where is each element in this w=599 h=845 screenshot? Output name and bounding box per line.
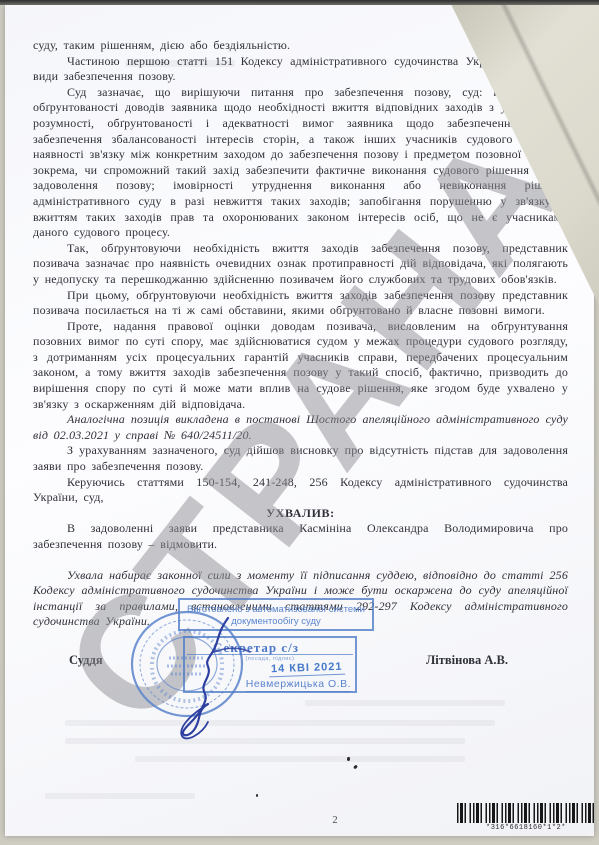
paragraph: Так, обґрунтовуючи необхідність вжиття з…: [33, 241, 568, 288]
document-page: суду, таким рішенням, дією або бездіяльн…: [5, 5, 594, 836]
ink-speck: [256, 794, 258, 797]
judge-name: Літвінова А.В.: [426, 653, 508, 668]
ruling-heading: УХВАЛИВ:: [33, 506, 568, 522]
ghost-mark: [65, 720, 495, 726]
ghost-mark: [305, 700, 505, 706]
ink-speck: [353, 765, 358, 770]
paragraph: Керуючись статтями 150-154, 241-248, 256…: [33, 475, 568, 506]
ghost-mark: [135, 756, 465, 762]
paragraph: Суд зазначає, що вирішуючи питання про з…: [33, 85, 568, 241]
paragraph: В задоволенні заяви представника Касміні…: [33, 521, 568, 552]
paragraph: Аналогічна позиція викладена в постанові…: [33, 412, 568, 443]
paragraph: Проте, надання правової оцінки доводам п…: [33, 319, 568, 413]
document-body: суду, таким рішенням, дією або бездіяльн…: [33, 38, 568, 630]
judge-role-label: Суддя: [69, 653, 103, 668]
ghost-mark: [45, 793, 195, 799]
paragraph: З урахуванням зазначеного, суд дійшов ви…: [33, 443, 568, 474]
barcode: *316*6618160*1*2*: [457, 803, 595, 832]
barcode-bars-icon: [457, 803, 595, 823]
scanned-court-document-photo: суду, таким рішенням, дією або бездіяльн…: [0, 0, 599, 845]
ghost-mark: [125, 60, 235, 67]
handwritten-signature: [168, 612, 263, 747]
paragraph: При цьому, обґрунтовуючи необхідність вж…: [33, 288, 568, 319]
photo-top-edge: [0, 0, 599, 5]
ghost-mark: [65, 738, 465, 744]
date-stamp: 14 КВІ 2021: [269, 661, 345, 678]
page-number: 2: [305, 815, 365, 826]
barcode-text: *316*6618160*1*2*: [457, 824, 595, 832]
